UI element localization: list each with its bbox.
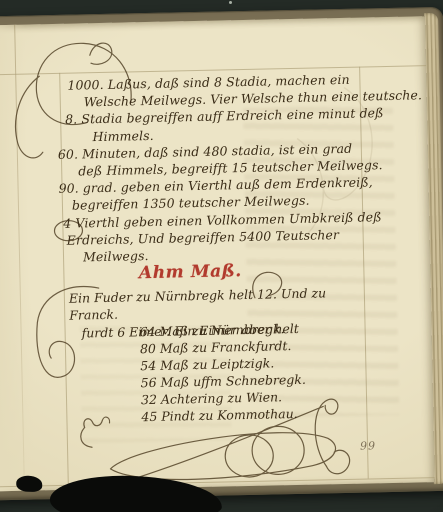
bottom-end-hook xyxy=(326,450,350,474)
bottom-squiggle-tail xyxy=(81,427,92,447)
manuscript-page: 1000. Laßus, daß sind 8 Stadia, machen e… xyxy=(0,16,435,492)
manuscript-scan: 1000. Laßus, daß sind 8 Stadia, machen e… xyxy=(0,0,443,512)
gutter-page-edges xyxy=(0,25,35,493)
measures-paragraph: 1000. Laßus, daß sind 8 Stadia, machen e… xyxy=(56,70,376,266)
bottom-loop-a xyxy=(225,434,274,477)
bottom-loop-b xyxy=(252,426,305,475)
open-book: 1000. Laßus, daß sind 8 Stadia, machen e… xyxy=(0,7,443,501)
dust-speck xyxy=(229,1,232,4)
top-swash-loop xyxy=(90,43,112,65)
bottom-grand-oval xyxy=(110,432,336,481)
section-heading-ahm-mass: Ahm Maß. xyxy=(60,259,320,284)
ahm-measure-list: 64 Maß zu Nürnbregk. 80 Maß zu Franckfur… xyxy=(61,319,379,427)
folio-number: 99 xyxy=(360,439,376,452)
